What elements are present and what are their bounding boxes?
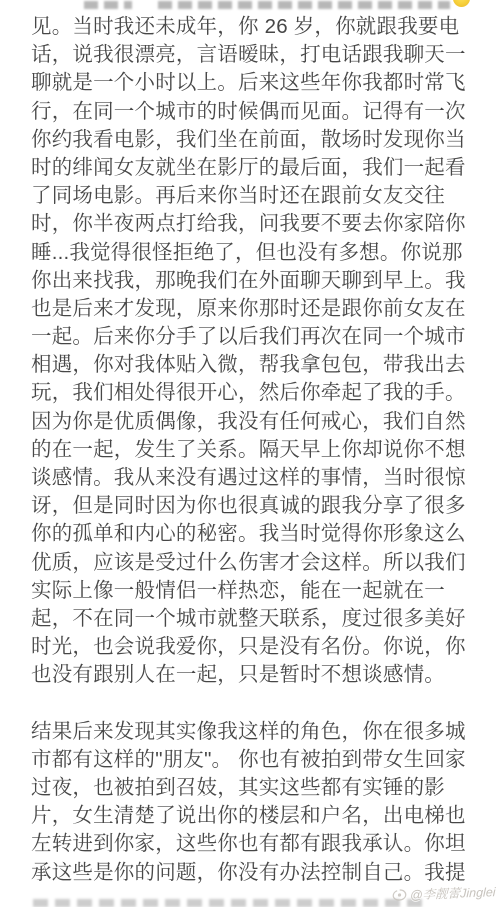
text-line: 因为你是优质偶像，我没有任何戒心，我们自然 bbox=[31, 408, 483, 436]
text-line: 相遇，你对我体贴入微，帮我拿包包，带我出去 bbox=[31, 351, 483, 379]
text-line: 行，在同一个城市的时候偶而见面。记得有一次 bbox=[31, 98, 483, 126]
truncated-line-bottom bbox=[33, 899, 423, 907]
paragraph-2: 结果后来发现其实像我这样的角色，你在很多城 市都有这样的"朋友"。 你也有被拍到… bbox=[31, 718, 483, 887]
text-line: 时光，也会说我爱你，只是没有名份。你说，你 bbox=[31, 633, 483, 661]
text-line: 见。当时我还未成年，你 26 岁，你就跟我要电 bbox=[31, 13, 483, 41]
text-line: 片，女生清楚了说出你的楼层和户名，出电梯也 bbox=[31, 802, 483, 830]
glyph-sliver bbox=[158, 1, 450, 9]
text-line: 的在一起，发生了关系。隔天早上你却说你不想 bbox=[31, 436, 483, 464]
text-line: 了同场电影。再后来你当时还在跟前女友交往 bbox=[31, 182, 483, 210]
glyph-sliver bbox=[84, 1, 132, 9]
text-line: 谈感情。我从来没有遇过这样的事情，当时很惊 bbox=[31, 464, 483, 492]
text-line: 你约我看电影，我们坐在前面，散场时发现你当 bbox=[31, 126, 483, 154]
text-line: 实际上像一般情侣一样热恋，能在一起就在一 bbox=[31, 577, 483, 605]
text-line: 你出来找我，那晚我们在外面聊天聊到早上。我 bbox=[31, 267, 483, 295]
text-line: 睡...我觉得很怪拒绝了，但也没有多想。你说那 bbox=[31, 239, 483, 267]
text-line: 起，不在同一个城市就整天联系，度过很多美好 bbox=[31, 605, 483, 633]
text-line: 市都有这样的"朋友"。 你也有被拍到带女生回家 bbox=[31, 746, 483, 774]
text-line: 你的孤单和内心的秘密。我当时觉得你形象这么 bbox=[31, 520, 483, 548]
text-line: 也没有跟别人在一起，只是暂时不想谈感情。 bbox=[31, 661, 483, 689]
text-line: 话，说我很漂亮，言语暧昧，打电话跟我聊天一 bbox=[31, 41, 483, 69]
text-line: 也是后来才发现，原来你那时还是跟你前女友在 bbox=[31, 295, 483, 323]
watermark-handle: @李靓蕾Jinglei bbox=[410, 882, 496, 903]
text-line: 聊就是一个小时以上。后来这些年你我都时常飞 bbox=[31, 69, 483, 97]
text-line: 优质，应该是受过什么伤害才会这样。所以我们 bbox=[31, 549, 483, 577]
paragraph-1: 见。当时我还未成年，你 26 岁，你就跟我要电 话，说我很漂亮，言语暧昧，打电话… bbox=[31, 13, 483, 690]
text-line: 讶，但是同时因为你也很真诚的跟我分享了很多 bbox=[31, 492, 483, 520]
text-line: 玩，我们相处得很开心，然后你牵起了我的手。 bbox=[31, 379, 483, 407]
text-line: 过夜，也被拍到召妓，其实这些都有实锤的影 bbox=[31, 774, 483, 802]
text-line: 时的绯闻女友就坐在影厅的最后面，我们一起看 bbox=[31, 154, 483, 182]
watermark: @李靓蕾Jinglei bbox=[392, 882, 496, 904]
post-body: 见。当时我还未成年，你 26 岁，你就跟我要电 话，说我很漂亮，言语暧昧，打电话… bbox=[31, 13, 483, 887]
weibo-logo-icon bbox=[392, 888, 407, 902]
weibo-post-screenshot: 见。当时我还未成年，你 26 岁，你就跟我要电 话，说我很漂亮，言语暧昧，打电话… bbox=[0, 0, 500, 907]
text-line: 结果后来发现其实像我这样的角色，你在很多城 bbox=[31, 718, 483, 746]
text-line: 承这些是你的问题，你没有办法控制自己。我提 bbox=[31, 859, 483, 887]
emoji-icon bbox=[453, 0, 470, 7]
text-line: 时，你半夜两点打给我，问我要不要去你家陪你 bbox=[31, 210, 483, 238]
text-line: 左转进到你家，这些你也有都有跟我承认。你坦 bbox=[31, 830, 483, 858]
text-line: 一起。后来你分手了以后我们再次在同一个城市 bbox=[31, 323, 483, 351]
